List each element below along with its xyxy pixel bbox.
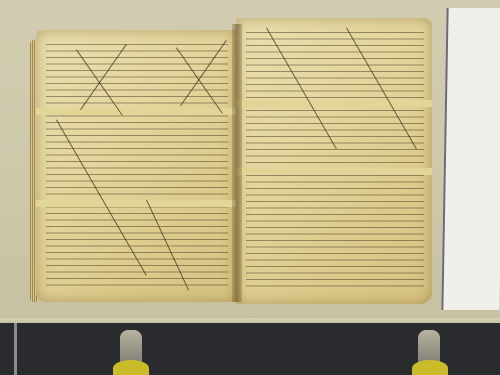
- wall-trim: [14, 323, 17, 375]
- left-page: [36, 30, 236, 302]
- paragraph-gap: [236, 100, 432, 107]
- right-page: [236, 18, 432, 304]
- paragraph-gap: [36, 108, 236, 115]
- paragraph-gap: [36, 200, 236, 207]
- paragraph-gap: [236, 168, 432, 175]
- chair-wheel: [113, 360, 149, 375]
- manuscript-book: [36, 18, 440, 304]
- blank-paper-sheet: [441, 8, 500, 310]
- handwritten-text-right: [246, 28, 424, 290]
- book-spine: [232, 24, 242, 302]
- chair-wheel: [412, 360, 448, 375]
